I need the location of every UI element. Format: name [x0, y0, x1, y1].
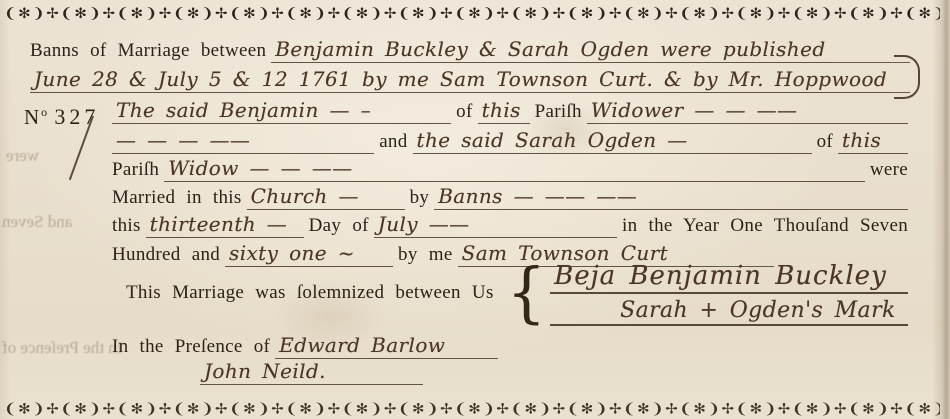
printed-parish: Pariſh — [535, 100, 582, 124]
handwritten-banns: Banns — —— —— — [434, 184, 908, 210]
groom-signature: Beja Benjamin Buckley — [550, 261, 908, 294]
banns-line-1: Banns of Marriage between Benjamin Buckl… — [30, 36, 910, 63]
printed-by: by — [410, 186, 430, 210]
banns-line-2: June 28 & July 5 & 12 1761 by me Sam Tow… — [30, 66, 910, 93]
witness-line-1: In the Preſence of Edward Barlow — [112, 332, 570, 359]
witness-signature-2: John Neild. — [200, 359, 423, 385]
ink-flourish-curve — [894, 55, 920, 99]
handwritten-day-ordinal: thirteenth — — [146, 212, 304, 238]
handwritten-month: July —— — [374, 212, 617, 238]
printed-and: and — [379, 130, 407, 154]
printed-year-text: in the Year One Thouſand Seven — [622, 214, 908, 238]
printed-of: of — [456, 100, 472, 124]
printed-banns-label: Banns of Marriage between — [30, 39, 266, 63]
printed-married-in-this: Married in this — [112, 186, 242, 210]
handwritten-this: this — [478, 98, 530, 124]
handwritten-groom-name: The said Benjamin — – — [112, 98, 451, 124]
record-number-sup: o — [41, 105, 47, 119]
handwritten-groom-condition: Widower — — —— — [587, 98, 908, 124]
curly-brace: { — [507, 260, 546, 325]
printed-parish: Pariſh — [112, 158, 159, 182]
printed-were: were — [870, 158, 908, 182]
record-number-n: N — [24, 105, 41, 129]
ornamental-border-bottom: ❨✻❩✢❨✻❩✢❨✻❩✢❨✻❩✢❨✻❩✢❨✻❩✢❨✻❩✢❨✻❩✢❨✻❩✢❨✻❩✢… — [4, 399, 940, 419]
bride-mark: Sarah + Ogden's Mark — [550, 298, 908, 326]
printed-this: this — [112, 214, 141, 238]
married-line: Married in this Church — by Banns — —— —… — [112, 183, 908, 210]
witness-signature-1: Edward Barlow — [275, 333, 498, 359]
handwritten-this: this — [838, 128, 908, 154]
groom-line: The said Benjamin — – of this Pariſh Wid… — [112, 97, 908, 124]
handwritten-church: Church — — [247, 184, 405, 210]
printed-presence-label: In the Preſence of — [112, 335, 270, 359]
ornamental-border-top: ❨✻❩✢❨✻❩✢❨✻❩✢❨✻❩✢❨✻❩✢❨✻❩✢❨✻❩✢❨✻❩✢❨✻❩✢❨✻❩✢… — [4, 3, 940, 24]
printed-day-of: Day of — [309, 214, 369, 238]
bleedthrough-text: were — [6, 146, 39, 166]
witness-line-2: John Neild. — [200, 358, 423, 385]
handwritten-names: Benjamin Buckley & Sarah Ogden were publ… — [271, 37, 829, 63]
signatures: Beja Benjamin Buckley Sarah + Ogden's Ma… — [550, 261, 908, 326]
bleedthrough-text: and Seven — [2, 212, 72, 232]
parish-register-page: ❨✻❩✢❨✻❩✢❨✻❩✢❨✻❩✢❨✻❩✢❨✻❩✢❨✻❩✢❨✻❩✢❨✻❩✢❨✻❩✢… — [0, 0, 950, 419]
date-line: this thirteenth — Day of July —— in the … — [112, 211, 908, 238]
handwritten-publication-dates: June 28 & July 5 & 12 1761 by me Sam Tow… — [30, 67, 891, 93]
handwritten-bride-condition: Widow — — —— — [164, 156, 865, 182]
solemnization-block: This Marriage was ſolemnized between Us … — [126, 256, 908, 330]
bride-condition-line: Pariſh Widow — — —— were — [112, 155, 908, 182]
handwritten-bride-name: the said Sarah Ogden — — [413, 128, 812, 154]
printed-solemnized-label: This Marriage was ſolemnized between Us — [126, 282, 494, 304]
bleedthrough-text: In the Preſence of — [2, 338, 122, 358]
bride-line: — — — —— and the said Sarah Ogden — of t… — [112, 127, 908, 154]
printed-of: of — [817, 130, 833, 154]
handwritten-dashes: — — — —— — [112, 128, 374, 154]
